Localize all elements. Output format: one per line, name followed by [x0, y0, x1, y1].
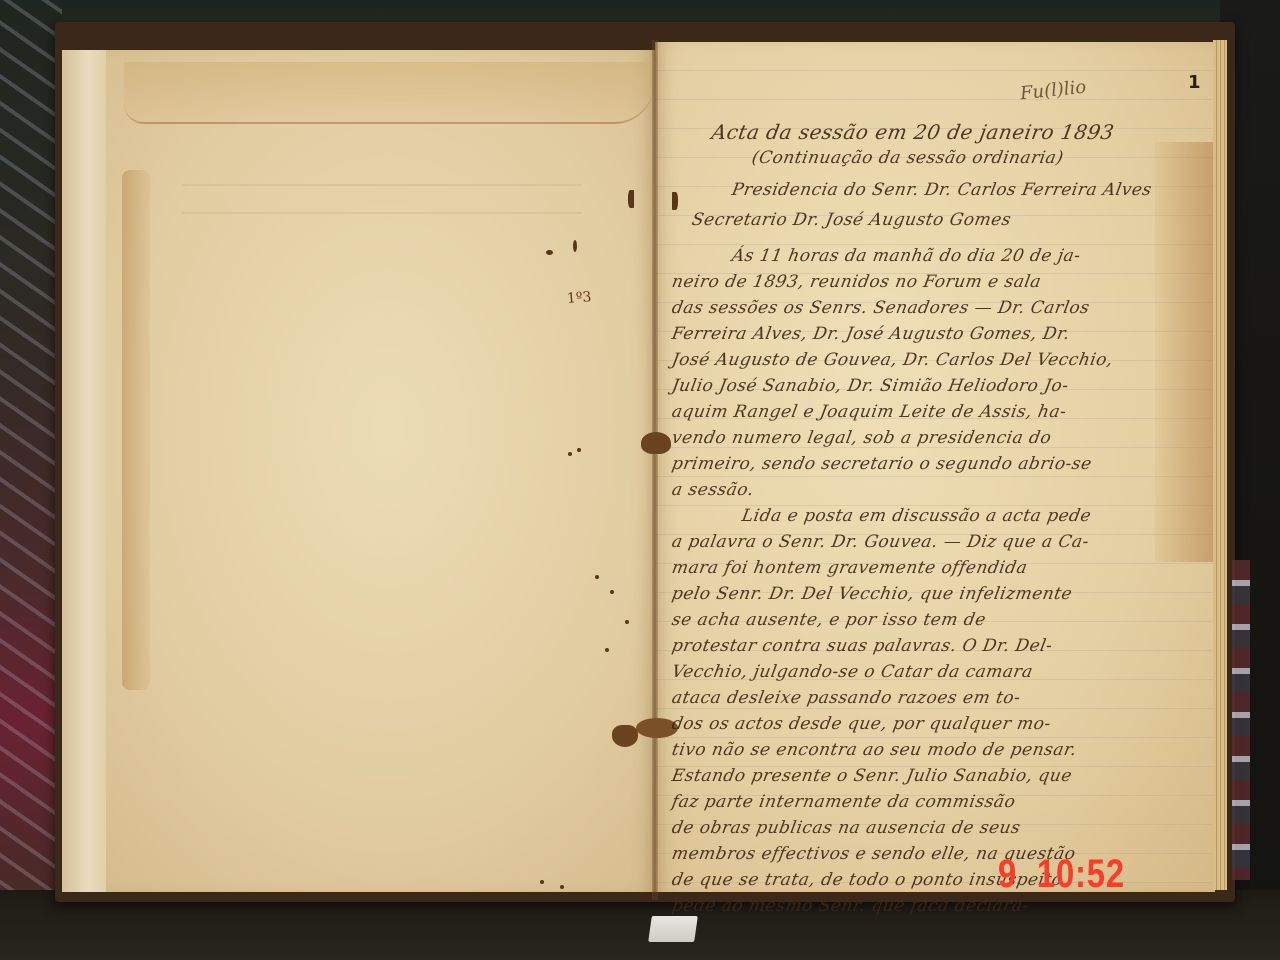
body-line: Lida e posta em discussão a acta pede	[740, 506, 1093, 526]
body-line: Vecchio, julgando-se o Catar da camara	[670, 662, 1034, 682]
title-line: (Continuação da sessão ordinaria)	[750, 148, 1065, 168]
body-line: Estando presente o Senr. Julio Sanabio, …	[670, 766, 1073, 786]
camera-timestamp: 9 10:52	[998, 852, 1125, 897]
marginal-note: 1º3	[566, 289, 591, 307]
body-line: aquim Rangel e Joaquim Leite de Assis, h…	[670, 402, 1068, 422]
worm-hole	[641, 432, 671, 454]
water-stain-left	[122, 170, 150, 690]
left-page-edge	[62, 50, 106, 892]
body-line: pelo Senr. Dr. Del Vecchio, que infelizm…	[670, 584, 1074, 604]
worm-hole	[628, 190, 634, 208]
page-number: 1	[1188, 72, 1201, 93]
body-line: das sessões os Senrs. Senadores — Dr. Ca…	[670, 298, 1091, 318]
worm-hole	[595, 575, 599, 579]
worm-hole	[573, 240, 577, 252]
worm-hole	[612, 725, 638, 747]
body-line: vendo numero legal, sob a presidencia do	[670, 428, 1053, 448]
body-line: protestar contra suas palavras. O Dr. De…	[670, 636, 1054, 656]
worm-hole	[625, 620, 629, 624]
left-page	[62, 50, 655, 892]
title-line: Acta da sessão em 20 de janeiro 1893	[710, 120, 1116, 144]
body-line: Ferreira Alves, Dr. José Augusto Gomes, …	[670, 324, 1071, 344]
body-line: pede ao mesmo Senr. que faca declara-	[670, 896, 1030, 916]
body-line: Ás 11 horas da manhã do dia 20 de ja-	[730, 246, 1082, 266]
body-line: Julio José Sanabio, Dr. Simião Heliodoro…	[670, 376, 1070, 396]
worm-hole	[540, 880, 544, 884]
background-rug-left	[0, 0, 62, 960]
worm-hole	[546, 250, 553, 255]
worm-hole	[610, 590, 614, 594]
worm-hole	[605, 648, 609, 652]
bleed-through-text	[182, 158, 582, 238]
header-line: Secretario Dr. José Augusto Gomes	[690, 210, 1013, 230]
body-line: ataca desleixe passando razoes em to-	[670, 688, 1022, 708]
worm-hole	[672, 192, 678, 210]
body-line: José Augusto de Gouvea, Dr. Carlos Del V…	[670, 350, 1114, 370]
water-stain-right	[1155, 142, 1215, 562]
worm-hole	[560, 885, 564, 889]
body-line: dos os actos desde que, por qualquer mo-	[670, 714, 1052, 734]
page-stack-edge	[1213, 40, 1227, 890]
body-line: faz parte internamente da commissão	[670, 792, 1017, 812]
body-line: mara foi hontem gravemente offendida	[670, 558, 1029, 578]
water-stain-top	[124, 62, 654, 124]
body-line: se acha ausente, e por isso tem de	[670, 610, 987, 630]
body-line: primeiro, sendo secretario o segundo abr…	[670, 454, 1093, 474]
worm-hole	[568, 452, 572, 456]
header-line: Presidencia do Senr. Dr. Carlos Ferreira…	[730, 180, 1153, 200]
body-line: neiro de 1893, reunidos no Forum e sala	[670, 272, 1043, 292]
book-gutter	[652, 40, 658, 900]
worm-hole	[577, 448, 581, 452]
bookmark-ribbon	[648, 916, 698, 942]
body-line: a palavra o Senr. Dr. Gouvea. — Diz que …	[670, 532, 1090, 552]
body-line: tivo não se encontra ao seu modo de pens…	[670, 740, 1078, 760]
background-rug-right	[1232, 560, 1250, 880]
body-line: de obras publicas na ausencia de seus	[670, 818, 1022, 838]
body-line: a sessão.	[670, 480, 755, 500]
